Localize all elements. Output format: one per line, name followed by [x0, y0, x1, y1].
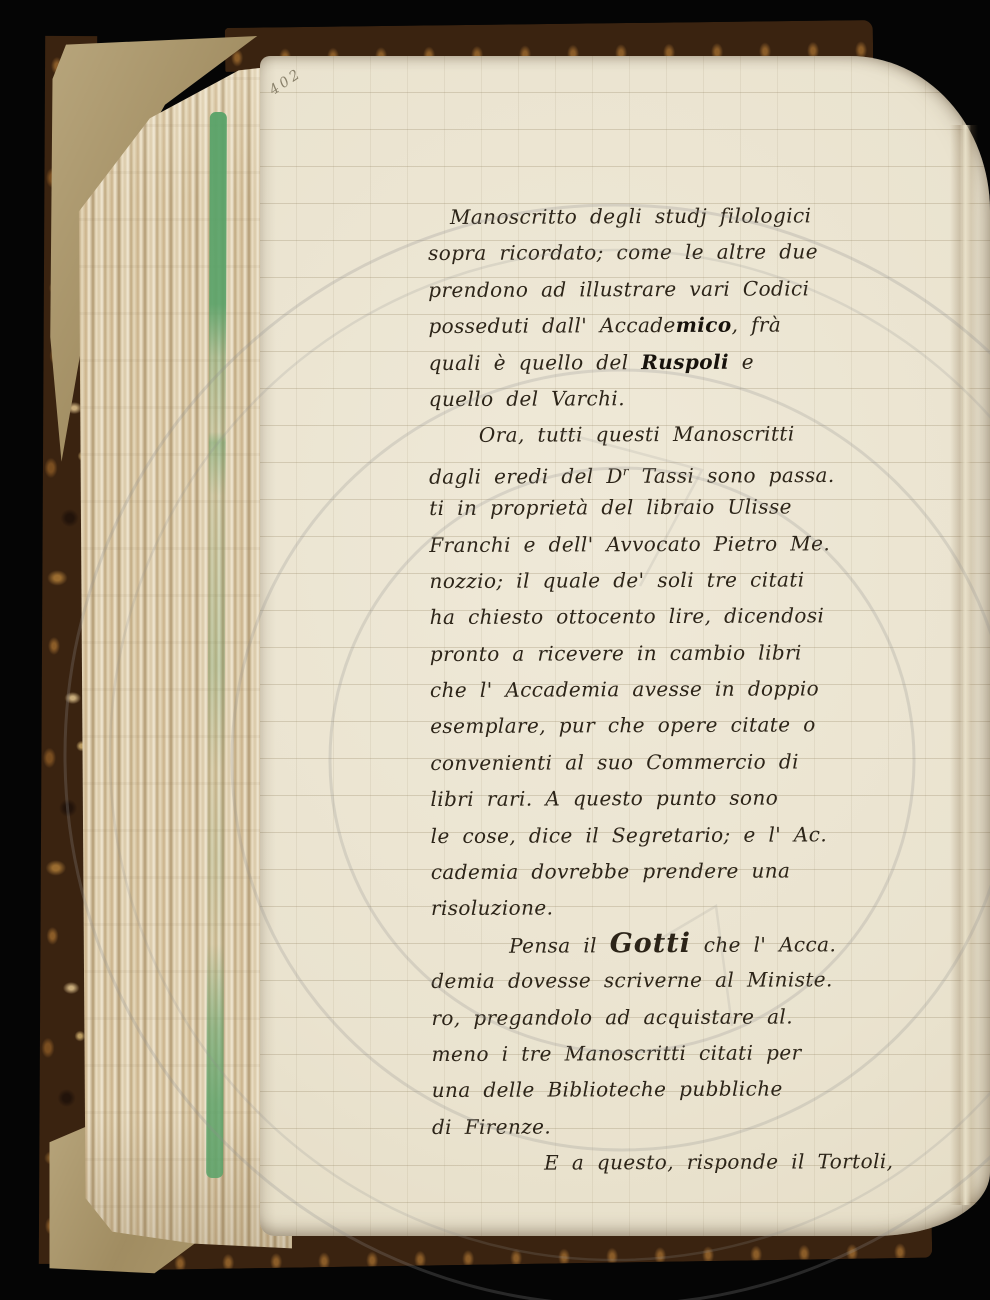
text-segment: ti in proprietà del libraio Ulisse — [429, 495, 792, 521]
text-segment: dagli eredi del D — [429, 464, 623, 489]
text-segment: le cose, dice il Segretario; e l' Ac. — [431, 822, 828, 848]
text-segment: meno i tre Manoscritti citati per — [432, 1040, 802, 1066]
text-line: Pensa il Gotti che l' Acca. — [431, 925, 915, 964]
text-segment: prendono ad illustrare vari Codici — [428, 276, 809, 302]
text-segment: convenienti al suo Commercio di — [430, 749, 799, 775]
text-segment: nozzio; il quale de' soli tre citati — [429, 567, 804, 593]
text-segment: Ora, tutti questi Manoscritti — [479, 422, 795, 447]
text-line: esemplare, pur che opere citate o — [430, 706, 914, 745]
text-segment: quali è quello del — [429, 350, 642, 375]
text-line: demia dovesse scriverne al Ministe. — [431, 961, 915, 1000]
text-line: ro, pregandolo ad acquistare al. — [431, 998, 915, 1037]
text-segment: ha chiesto ottocento lire, dicendosi — [430, 604, 825, 630]
page-edges-stack — [70, 56, 292, 1252]
text-segment: che l' Accademia avesse in doppio — [430, 676, 819, 702]
text-line: meno i tre Manoscritti citati per — [432, 1034, 916, 1073]
text-segment: libri rari. A questo punto sono — [430, 786, 778, 812]
text-line: le cose, dice il Segretario; e l' Ac. — [431, 816, 915, 855]
text-segment: Franchi e dell' Avvocato Pietro Me. — [429, 531, 830, 557]
text-segment: posseduti dall' Accade — [428, 313, 675, 338]
text-segment: Tassi sono passa. — [629, 463, 835, 488]
text-segment: Ruspoli — [641, 349, 729, 373]
text-segment: che l' Acca. — [691, 932, 836, 957]
text-line: Manoscritto degli studj filologici — [428, 197, 912, 236]
manuscript-photo: 402 Manoscritto degli studj filologiciso… — [0, 0, 990, 1300]
text-segment: esemplare, pur che opere citate o — [430, 713, 816, 739]
text-line: una delle Biblioteche pubbliche — [432, 1070, 916, 1109]
text-line: dagli eredi del Dr Tassi sono passa. — [429, 452, 913, 491]
text-line: sopra ricordato; come le altre due — [428, 233, 912, 272]
text-segment: cademia dovrebbe prendere una — [431, 859, 791, 885]
text-line: quali è quello del Ruspoli e — [428, 343, 912, 382]
text-segment: Gotti — [610, 928, 691, 959]
text-segment: e — [729, 349, 754, 373]
text-line: libri rari. A questo punto sono — [430, 779, 914, 818]
text-line: risoluzione. — [431, 888, 915, 927]
text-line: posseduti dall' Accademico, frà — [428, 306, 912, 345]
text-line: Franchi e dell' Avvocato Pietro Me. — [429, 524, 913, 563]
text-segment: Pensa il — [509, 933, 610, 957]
text-line: cademia dovrebbe prendere una — [431, 852, 915, 891]
text-segment: sopra ricordato; come le altre due — [428, 240, 818, 266]
text-line: Ora, tutti questi Manoscritti — [429, 415, 913, 454]
text-line: prendono ad illustrare vari Codici — [428, 270, 912, 309]
text-segment: quello del Varchi. — [429, 386, 625, 411]
text-line: pronto a ricevere in cambio libri — [430, 634, 914, 673]
text-segment: E a questo, risponde il Tortoli, — [544, 1149, 893, 1175]
text-segment: risoluzione. — [431, 896, 553, 921]
text-segment: di Firenze. — [432, 1114, 551, 1139]
text-line: E a questo, risponde il Tortoli, — [432, 1143, 916, 1182]
text-line: che l' Accademia avesse in doppio — [430, 670, 914, 709]
text-line: quello del Varchi. — [429, 379, 913, 418]
text-segment: Manoscritto degli studj filologici — [450, 203, 812, 229]
text-segment: mico — [676, 313, 732, 337]
text-segment: ro, pregandolo ad acquistare al. — [431, 1004, 793, 1030]
text-line: nozzio; il quale de' soli tre citati — [429, 561, 913, 600]
page-gutter-crease — [950, 125, 978, 1205]
manuscript-text: Manoscritto degli studj filologicisopra … — [428, 197, 916, 1182]
text-line: ha chiesto ottocento lire, dicendosi — [430, 597, 914, 636]
text-line: convenienti al suo Commercio di — [430, 743, 914, 782]
text-line: ti in proprietà del libraio Ulisse — [429, 488, 913, 527]
text-segment: una delle Biblioteche pubbliche — [432, 1077, 783, 1103]
text-segment: demia dovesse scriverne al Ministe. — [431, 968, 833, 994]
text-segment: pronto a ricevere in cambio libri — [430, 640, 802, 666]
text-segment: , frà — [732, 313, 782, 337]
text-line: di Firenze. — [432, 1107, 916, 1146]
